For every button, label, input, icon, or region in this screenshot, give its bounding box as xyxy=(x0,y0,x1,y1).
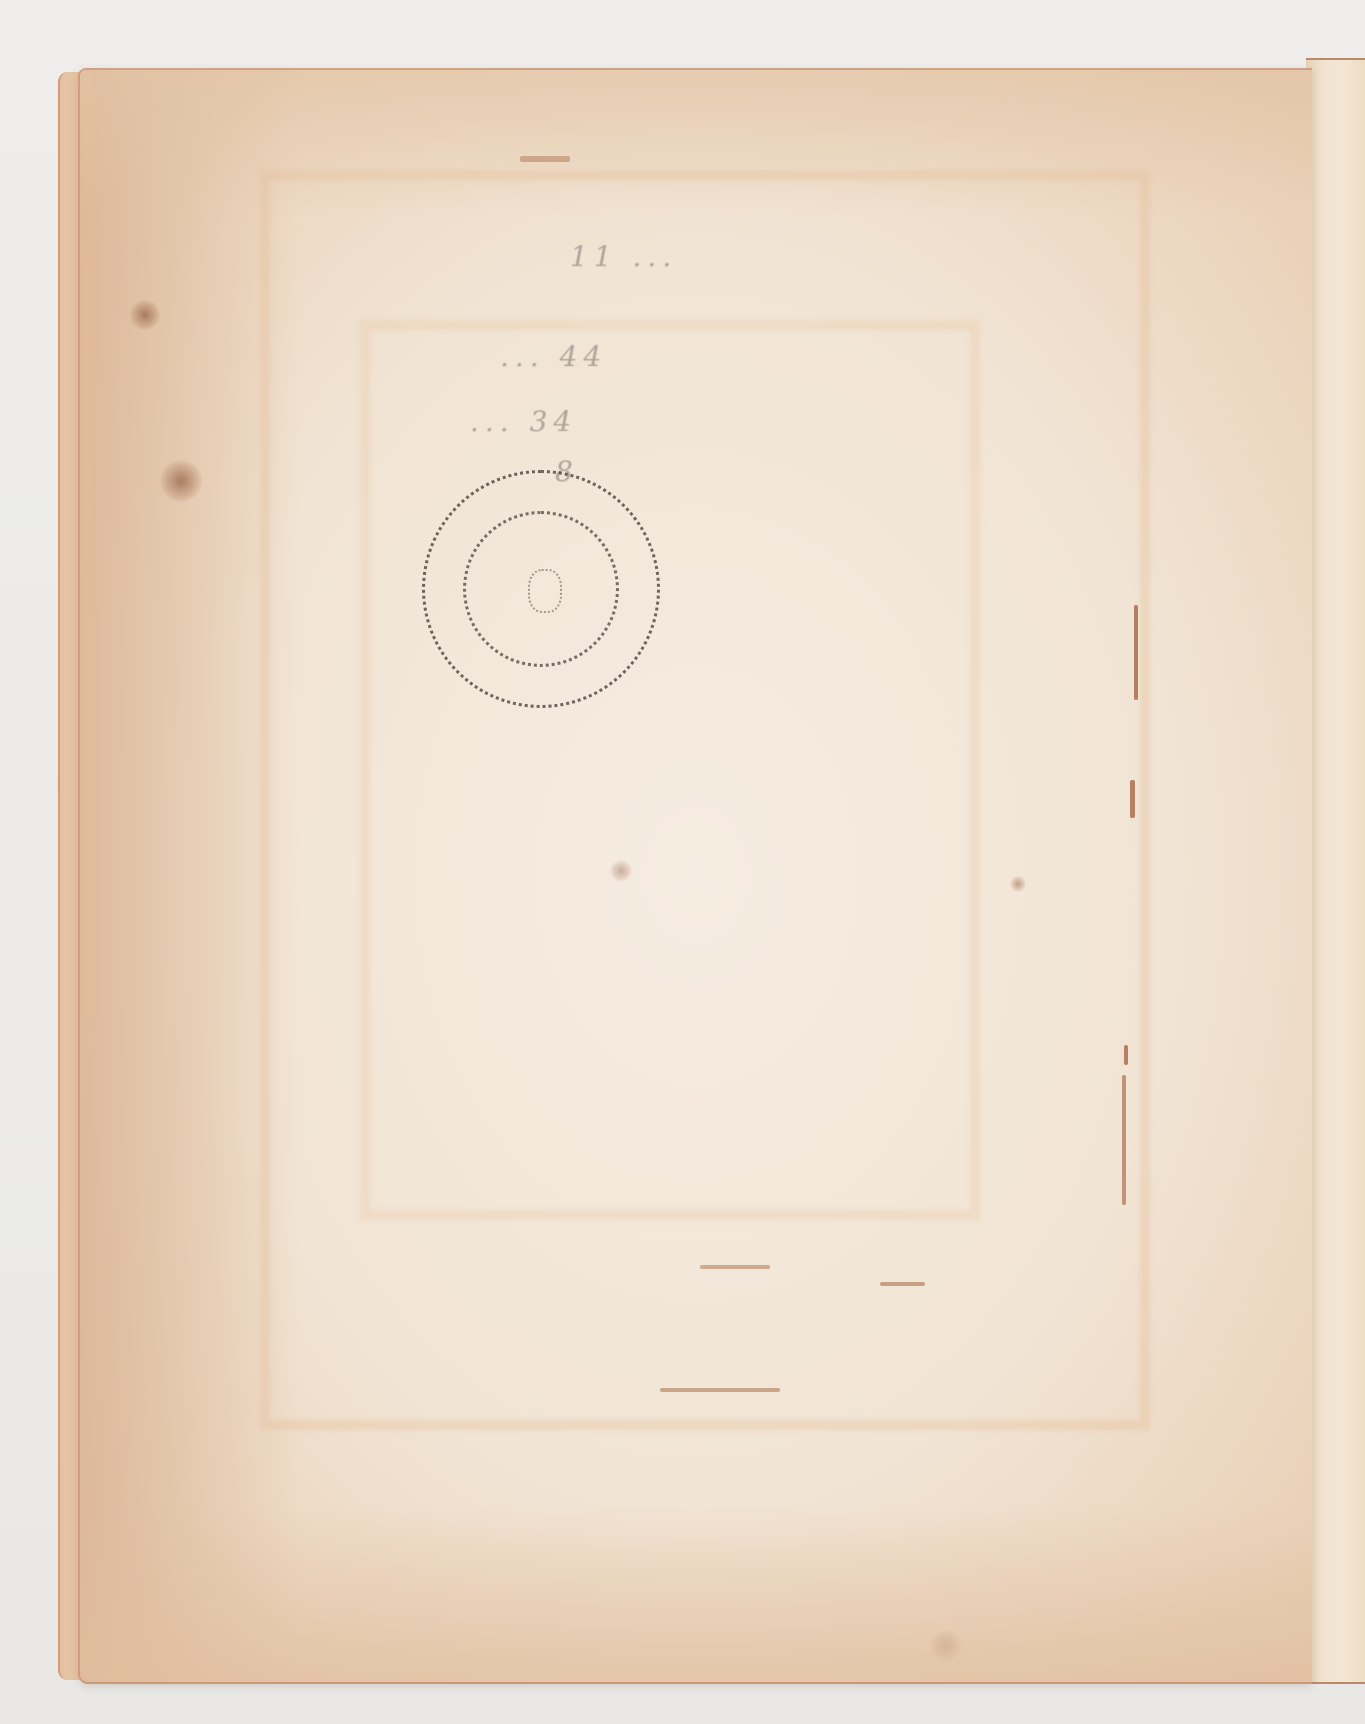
library-stamp-emblem xyxy=(528,569,562,613)
foxing-spot xyxy=(130,300,160,330)
stain-mark xyxy=(880,1282,925,1286)
adjacent-page-edge xyxy=(1306,58,1365,1684)
book-page: 11 ... ... 44 ... 34 8 xyxy=(78,68,1312,1684)
stain-mark xyxy=(1134,605,1138,700)
library-stamp-inner-ring xyxy=(463,511,619,667)
foxing-spot xyxy=(160,460,202,502)
pencil-note-line: ... 44 xyxy=(500,340,607,373)
offset-frame-right-edge xyxy=(80,70,92,1020)
stain-mark xyxy=(1130,780,1135,818)
stain-mark xyxy=(700,1265,770,1269)
stain-mark xyxy=(520,156,570,162)
library-stamp xyxy=(422,470,660,708)
pencil-note-line: 11 ... xyxy=(570,240,677,273)
stain-mark xyxy=(1124,1045,1128,1065)
offset-frame-outer xyxy=(260,170,1150,1430)
foxing-spot xyxy=(930,1630,962,1662)
offset-frame-inner xyxy=(360,320,980,1220)
pencil-notes: 11 ... ... 44 ... 34 8 xyxy=(270,180,790,540)
pencil-note-line: ... 34 xyxy=(470,405,577,438)
stain-mark xyxy=(660,1388,780,1392)
pencil-note-line: 8 xyxy=(555,455,579,488)
foxing-spot xyxy=(1010,876,1026,892)
stain-mark xyxy=(1122,1075,1126,1205)
foxing-spot xyxy=(610,860,632,882)
